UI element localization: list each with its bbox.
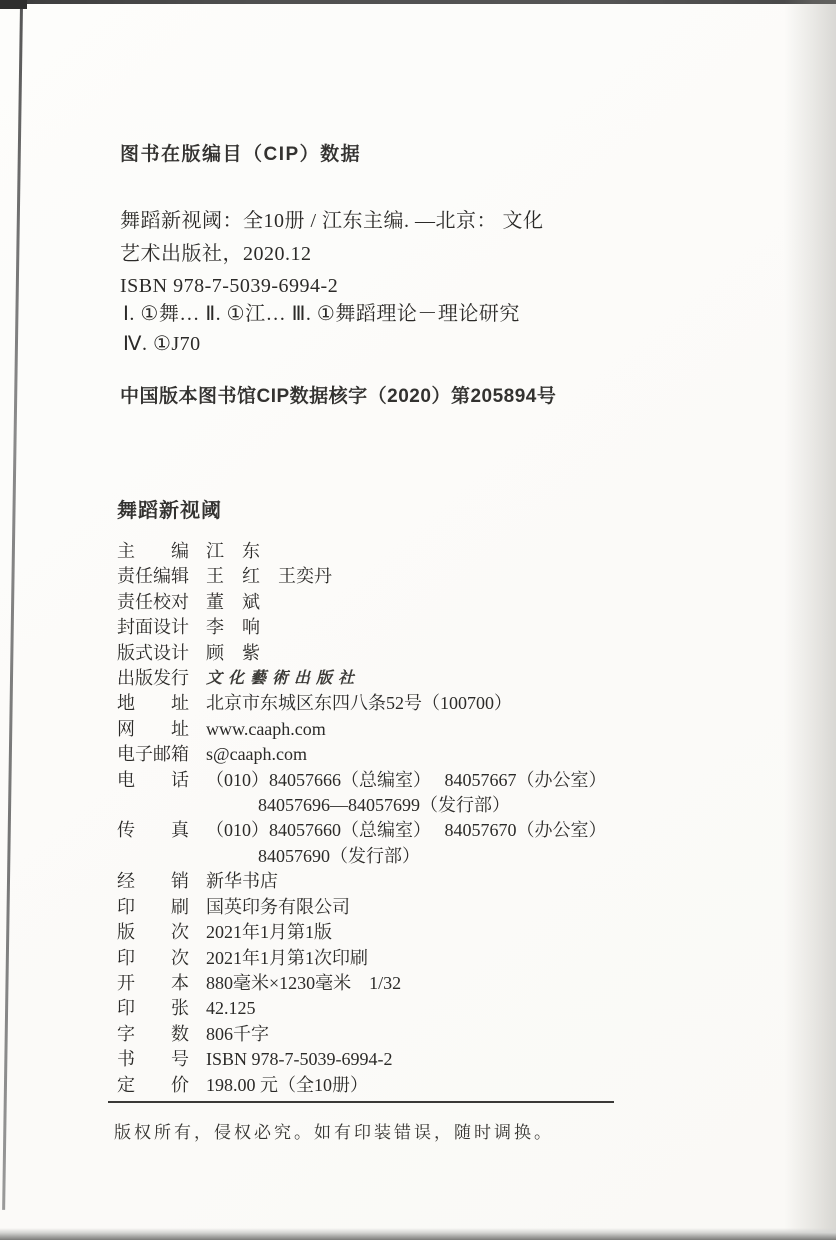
row-label: 电 话 <box>117 768 195 819</box>
row-value: 2021年1月第1次印刷 <box>206 946 637 971</box>
row-label: 书 号 <box>117 1047 195 1072</box>
row-label: 出版发行 <box>117 666 195 691</box>
cip-entry-line1: 舞蹈新视阈：全10册 / 江东主编. —北京： 文化 <box>120 205 544 238</box>
colophon-row-cover-design: 封面设计 李 响 <box>117 615 637 640</box>
row-value: 董 斌 <box>206 590 637 615</box>
colophon-row-fax: 传 真 （010）84057660（总编室） 84057670（办公室） 840… <box>117 818 637 869</box>
row-label: 电子邮箱 <box>117 742 195 767</box>
row-label: 开 本 <box>117 971 195 996</box>
row-value: 42.125 <box>206 996 637 1021</box>
copyright-divider <box>108 1101 614 1103</box>
colophon-row-website: 网 址 www.caaph.com <box>117 717 637 742</box>
fax-line2: 84057690（发行部） <box>206 844 637 869</box>
colophon-row-layout-design: 版式设计 顾 紫 <box>117 641 637 666</box>
colophon-row-telephone: 电 话 （010）84057666（总编室） 84057667（办公室） 840… <box>117 768 637 819</box>
cip-entry-line2: 艺术出版社，2020.12 <box>120 238 544 271</box>
row-value: （010）84057660（总编室） 84057670（办公室） 8405769… <box>206 818 637 869</box>
colophon-row-publisher: 出版发行 文化藝術出版社 <box>117 666 637 691</box>
row-value: s@caaph.com <box>206 742 637 767</box>
row-label: 经 销 <box>117 869 195 894</box>
scan-corner-top-left <box>0 0 27 9</box>
colophon-row-printed-sheets: 印 张 42.125 <box>117 996 637 1021</box>
cip-header: 图书在版编目（CIP）数据 <box>120 139 361 166</box>
cip-entry-isbn: ISBN 978-7-5039-6994-2 <box>120 270 544 303</box>
row-value: 880毫米×1230毫米 1/32 <box>206 971 637 996</box>
row-label: 传 真 <box>117 818 195 869</box>
row-label: 定 价 <box>117 1073 195 1098</box>
row-value: 806千字 <box>206 1022 637 1047</box>
row-value: 王 红 王奕丹 <box>206 564 637 589</box>
publisher-logo-text: 文化藝術出版社 <box>206 666 637 691</box>
row-label: 主 编 <box>117 539 195 564</box>
row-value: 198.00 元（全10册） <box>206 1073 637 1098</box>
row-label: 印 张 <box>117 996 195 1021</box>
row-label: 封面设计 <box>117 615 195 640</box>
telephone-line1: （010）84057666（总编室） 84057667（办公室） <box>206 768 637 793</box>
colophon-row-isbn: 书 号 ISBN 978-7-5039-6994-2 <box>117 1047 637 1072</box>
fax-line1: （010）84057660（总编室） 84057670（办公室） <box>206 818 637 843</box>
colophon-row-format: 开 本 880毫米×1230毫米 1/32 <box>117 971 637 996</box>
scan-edge-left <box>2 5 23 1210</box>
copyright-notice: 版权所有，侵权必究。如有印装错误，随时调换。 <box>114 1118 554 1143</box>
book-copyright-page: 图书在版编目（CIP）数据 舞蹈新视阈：全10册 / 江东主编. —北京： 文化… <box>0 0 836 1240</box>
colophon-row-edition: 版 次 2021年1月第1版 <box>117 920 637 945</box>
row-value: 北京市东城区东四八条52号（100700） <box>206 691 637 716</box>
colophon-row-printer: 印 刷 国英印务有限公司 <box>117 895 637 920</box>
row-label: 责任编辑 <box>117 564 195 589</box>
row-label: 印 刷 <box>117 895 195 920</box>
scan-edge-bottom <box>0 1228 836 1240</box>
scan-shadow-right <box>784 0 836 1240</box>
colophon: 舞蹈新视阈 主 编 江 东 责任编辑 王 红 王奕丹 责任校对 董 斌 封面设计… <box>117 494 637 1098</box>
colophon-row-email: 电子邮箱 s@caaph.com <box>117 742 637 767</box>
scan-edge-top <box>0 0 836 4</box>
cip-entry: 舞蹈新视阈：全10册 / 江东主编. —北京： 文化 艺术出版社，2020.12… <box>120 205 544 303</box>
row-label: 地 址 <box>117 691 195 716</box>
row-value: 江 东 <box>206 539 637 564</box>
cip-classification: Ⅰ. ①舞… Ⅱ. ①江… Ⅲ. ①舞蹈理论－理论研究 Ⅳ. ①J70 <box>123 299 520 359</box>
row-label: 版 次 <box>117 920 195 945</box>
colophon-row-address: 地 址 北京市东城区东四八条52号（100700） <box>117 691 637 716</box>
row-value: www.caaph.com <box>206 717 637 742</box>
row-value: ISBN 978-7-5039-6994-2 <box>206 1047 637 1072</box>
cip-record-number: 中国版本图书馆CIP数据核字（2020）第205894号 <box>120 381 556 408</box>
row-label: 版式设计 <box>117 641 195 666</box>
row-label: 网 址 <box>117 717 195 742</box>
row-value: 2021年1月第1版 <box>206 920 637 945</box>
row-value: 国英印务有限公司 <box>206 895 637 920</box>
row-label: 印 次 <box>117 946 195 971</box>
cip-classification-line2: Ⅳ. ①J70 <box>123 329 520 359</box>
row-label: 责任校对 <box>117 590 195 615</box>
colophon-row-responsible-editor: 责任编辑 王 红 王奕丹 <box>117 564 637 589</box>
book-title: 舞蹈新视阈 <box>117 494 637 523</box>
row-value: 李 响 <box>206 615 637 640</box>
colophon-row-proofreader: 责任校对 董 斌 <box>117 590 637 615</box>
row-label: 字 数 <box>117 1022 195 1047</box>
colophon-row-impression: 印 次 2021年1月第1次印刷 <box>117 946 637 971</box>
colophon-row-distributor: 经 销 新华书店 <box>117 869 637 894</box>
cip-classification-line1: Ⅰ. ①舞… Ⅱ. ①江… Ⅲ. ①舞蹈理论－理论研究 <box>123 299 520 329</box>
colophon-row-price: 定 价 198.00 元（全10册） <box>117 1073 637 1098</box>
row-value: 新华书店 <box>206 869 637 894</box>
row-value: 顾 紫 <box>206 641 637 666</box>
row-value: （010）84057666（总编室） 84057667（办公室） 8405769… <box>206 768 637 819</box>
colophon-row-chief-editor: 主 编 江 东 <box>117 539 637 564</box>
telephone-line2: 84057696—84057699（发行部） <box>206 793 637 818</box>
colophon-row-word-count: 字 数 806千字 <box>117 1022 637 1047</box>
